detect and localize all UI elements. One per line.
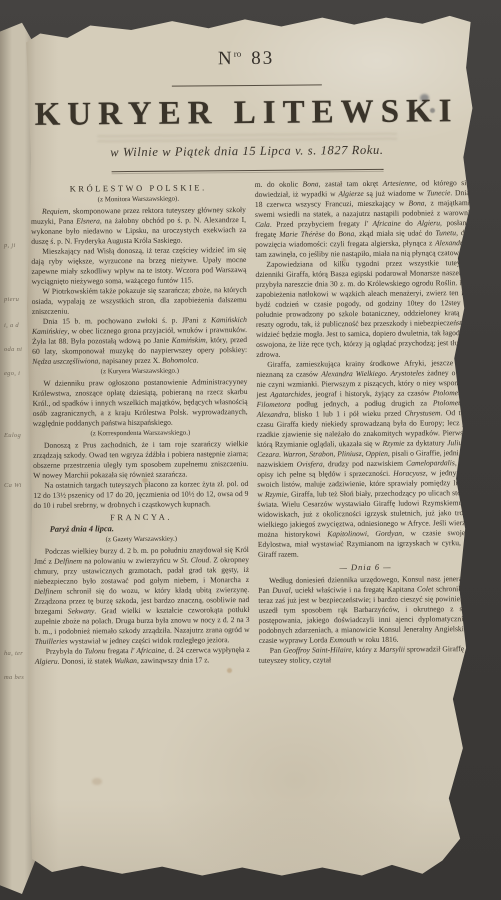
paragraph: Podczas wielkiey burzy d. 2 b. m. po poł… bbox=[34, 545, 250, 647]
paragraph: Mieszkający nad Wisłą donoszą, iż teraz … bbox=[31, 245, 246, 287]
paragraph: Pan Geoffroy Saint-Hilaire, który z Mars… bbox=[259, 644, 474, 666]
gutter-text-fragment: p, ji bbox=[4, 242, 16, 249]
paragraph: Dnia 15 b. m. pochowano zwłoki ś. p. JPa… bbox=[32, 315, 247, 367]
section-heading: KRÓLESTWO POLSKIE. bbox=[31, 183, 246, 195]
newspaper-page: Nro83 KURYER LITEWSKI w Wilnie w Piątek … bbox=[22, 8, 477, 886]
gutter-text-fragment: pieru bbox=[4, 296, 19, 303]
newspaper-title: KURYER LITEWSKI bbox=[19, 93, 474, 134]
paragraph: W dzienniku praw ogłoszono postanowienie… bbox=[32, 377, 247, 429]
paragraph: Przybyła do Tulonu fregata l' Africaine,… bbox=[35, 645, 250, 667]
paragraph: Requiem, skomponowane przez rektora tute… bbox=[31, 205, 246, 247]
paragraph: Donoszą z Prus zachodnich, że i tam roje… bbox=[33, 439, 248, 481]
paragraph-continuation: m. do okolic Bona, zastał tam okręt Arte… bbox=[255, 178, 471, 260]
masthead-rule-top bbox=[171, 84, 321, 86]
issue-superscript: ro bbox=[234, 49, 242, 59]
gutter-text-fragment: Eulog bbox=[4, 432, 21, 439]
gutter-text-fragment: ha, ter bbox=[4, 650, 23, 657]
issue-prefix: N bbox=[218, 48, 234, 69]
right-column: m. do okolic Bona, zastał tam okręt Arte… bbox=[255, 178, 474, 666]
place-dateline: Paryż dnia 4 lipca. bbox=[50, 523, 249, 535]
paragraph: Według doniesień dziennika urzędowego, K… bbox=[258, 574, 474, 646]
gutter-text-fragment: ego, i bbox=[4, 370, 20, 377]
scan-background: p, jipierui, a doda niego, iEulogCa Wiha… bbox=[0, 0, 501, 900]
section-heading: FRANCYA. bbox=[34, 512, 249, 524]
gutter-text-fragment: Ca Wi bbox=[4, 482, 22, 489]
left-column: KRÓLESTWO POLSKIE.(z Monitora Warszawski… bbox=[31, 180, 250, 668]
source-line: (z Gazety Warszawskiey.) bbox=[34, 534, 249, 546]
source-line: (z Korrespondenta Warszawskiego.) bbox=[33, 428, 248, 440]
gutter-text-fragment: ma bes bbox=[4, 674, 24, 681]
gutter-text-fragment: i, a d bbox=[4, 322, 19, 329]
paragraph: Zapowiedziana od kilku tygodni przez wsz… bbox=[255, 258, 471, 360]
source-line: (z Kuryera Warszawskiego.) bbox=[32, 366, 247, 378]
dateline: w Wilnie w Piątek dnia 15 Lipca v. s. 18… bbox=[19, 142, 474, 161]
issue-number: Nro83 bbox=[19, 46, 474, 72]
page-content: Nro83 KURYER LITEWSKI w Wilnie w Piątek … bbox=[18, 6, 481, 888]
issue-no: 83 bbox=[251, 48, 274, 69]
text-columns: KRÓLESTWO POLSKIE.(z Monitora Warszawski… bbox=[20, 169, 479, 668]
source-line: (z Monitora Warszawskiego). bbox=[31, 194, 246, 206]
day-heading: — Dnia 6 — bbox=[258, 562, 473, 574]
paragraph: W Piotrkowskiém także pokazuje się szara… bbox=[32, 285, 247, 317]
paragraph: Giraffa, zamieszkująca krainy środkowe A… bbox=[256, 358, 473, 560]
gutter-text-fragment: oda ni bbox=[4, 346, 22, 353]
paragraph: Na ostatnich targach tuteyszych płacono … bbox=[33, 479, 248, 511]
